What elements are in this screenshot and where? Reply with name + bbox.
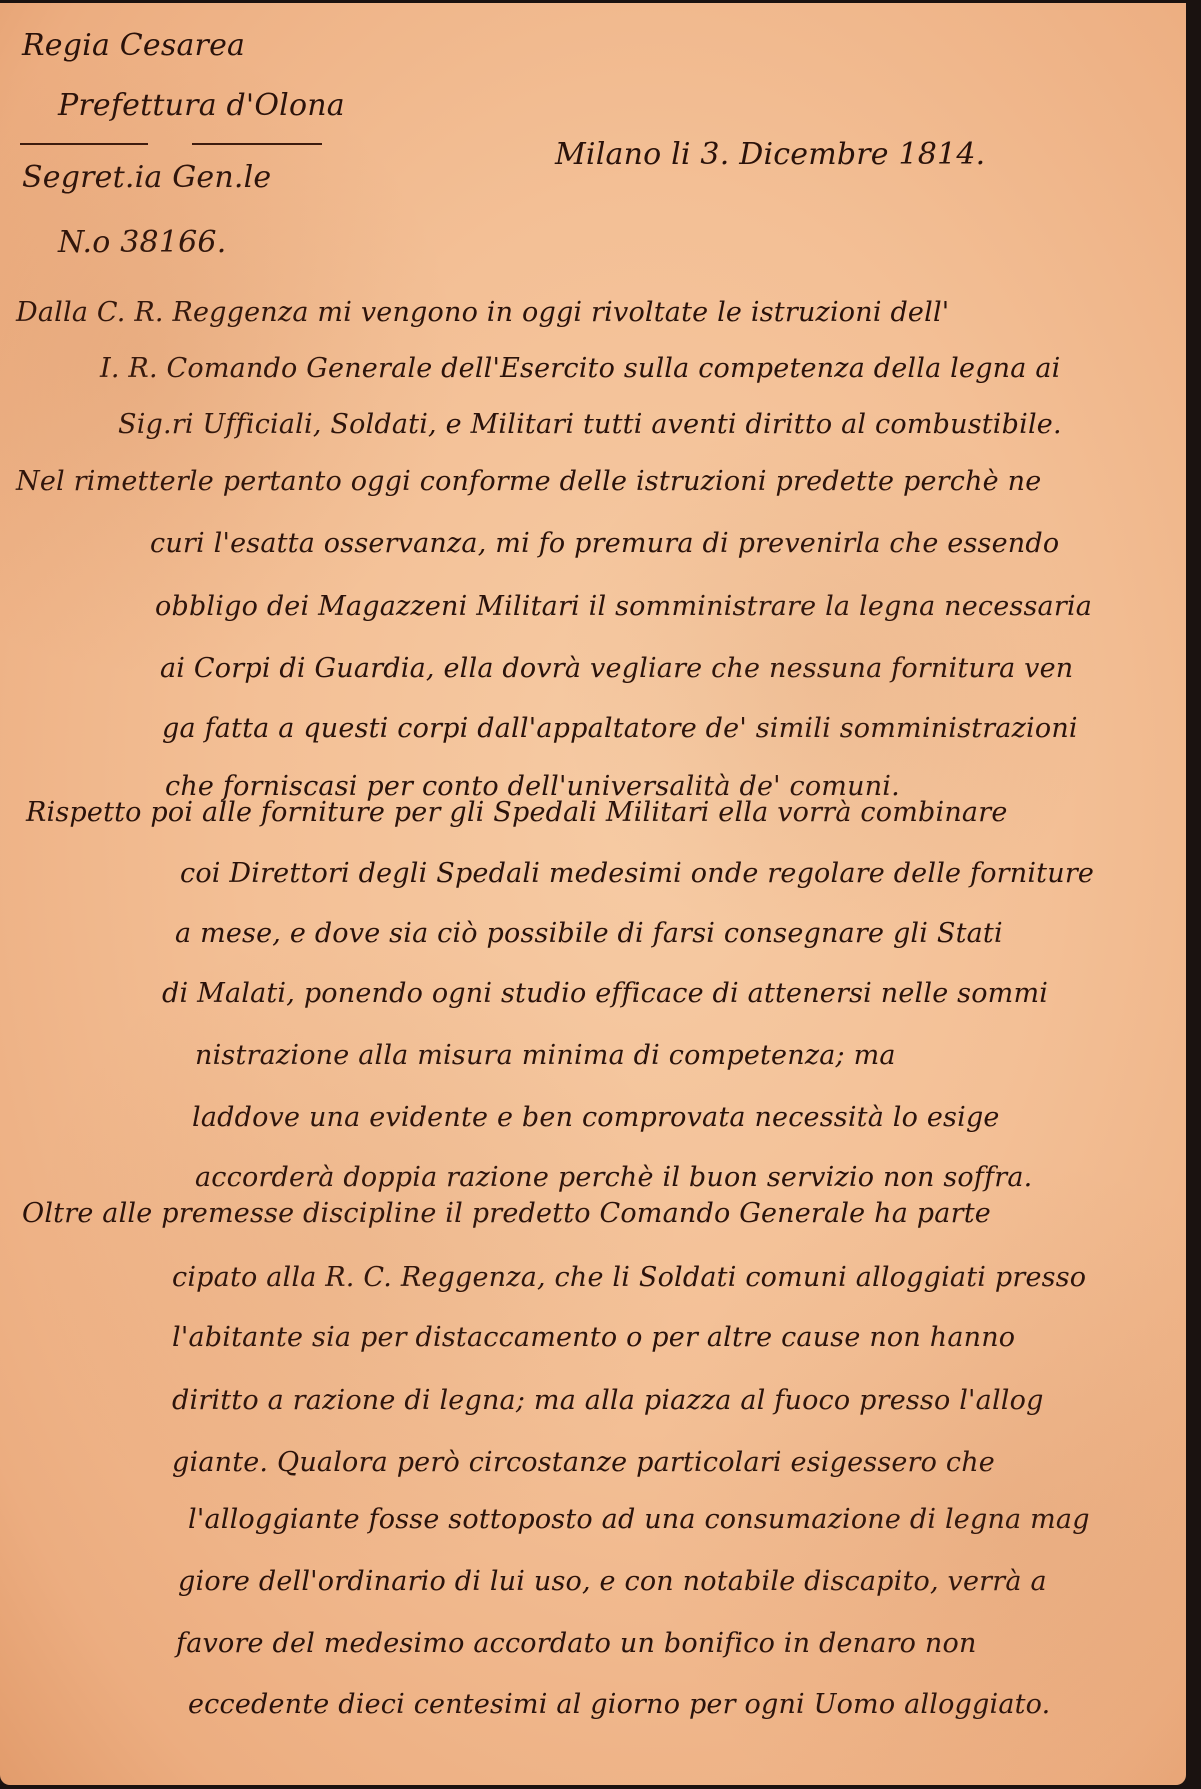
body-line: curi l'esatta osservanza, mi fo premura …: [150, 530, 1059, 557]
header-underline-left: [20, 143, 148, 145]
header-office-line1: Regia Cesarea: [22, 31, 245, 61]
body-line: Dalla C. R. Reggenza mi vengono in oggi …: [16, 299, 949, 326]
body-line: l'abitante sia per distaccamento o per a…: [172, 1324, 1015, 1351]
body-line: Rispetto poi alle forniture per gli Sped…: [26, 799, 1008, 826]
body-line: accorderà doppia razione perchè il buon …: [195, 1164, 1032, 1191]
body-line: I. R. Comando Generale dell'Esercito sul…: [100, 355, 1061, 382]
body-line: ai Corpi di Guardia, ella dovrà vegliare…: [160, 655, 1073, 682]
body-line: l'alloggiante fosse sottoposto ad una co…: [188, 1506, 1090, 1533]
body-line: obbligo dei Magazzeni Militari il sommin…: [155, 593, 1092, 620]
body-line: coi Direttori degli Spedali medesimi ond…: [180, 860, 1094, 887]
body-line: Oltre alle premesse discipline il predet…: [22, 1200, 991, 1227]
body-line: che forniscasi per conto dell'universali…: [165, 773, 900, 800]
body-line: diritto a razione di legna; ma alla piaz…: [172, 1387, 1044, 1414]
body-line: di Malati, ponendo ogni studio efficace …: [162, 980, 1048, 1007]
body-line: ga fatta a questi corpi dall'appaltatore…: [162, 715, 1078, 742]
body-line: giante. Qualora però circostanze partico…: [172, 1449, 995, 1476]
body-line: Sig.ri Ufficiali, Soldati, e Militari tu…: [118, 411, 1062, 438]
header-underline-right: [192, 143, 322, 145]
header-office-line2: Prefettura d'Olona: [58, 91, 345, 121]
body-line: a mese, e dove sia ciò possibile di fars…: [175, 920, 1003, 947]
body-line: favore del medesimo accordato un bonific…: [176, 1630, 977, 1657]
manuscript-page: Regia Cesarea Prefettura d'Olona Segret.…: [0, 3, 1186, 1785]
header-protocol-number: N.o 38166.: [58, 228, 226, 258]
body-line: laddove una evidente e ben comprovata ne…: [192, 1104, 1000, 1131]
body-line: Nel rimetterle pertanto oggi conforme de…: [16, 468, 1041, 495]
body-line: nistrazione alla misura minima di compet…: [195, 1042, 896, 1069]
body-line: giore dell'ordinario di lui uso, e con n…: [178, 1568, 1047, 1595]
dateline: Milano li 3. Dicembre 1814.: [555, 140, 985, 170]
body-line: eccedente dieci centesimi al giorno per …: [188, 1691, 1050, 1718]
header-department: Segret.ia Gen.le: [22, 163, 271, 193]
body-line: cipato alla R. C. Reggenza, che li Solda…: [172, 1264, 1086, 1291]
